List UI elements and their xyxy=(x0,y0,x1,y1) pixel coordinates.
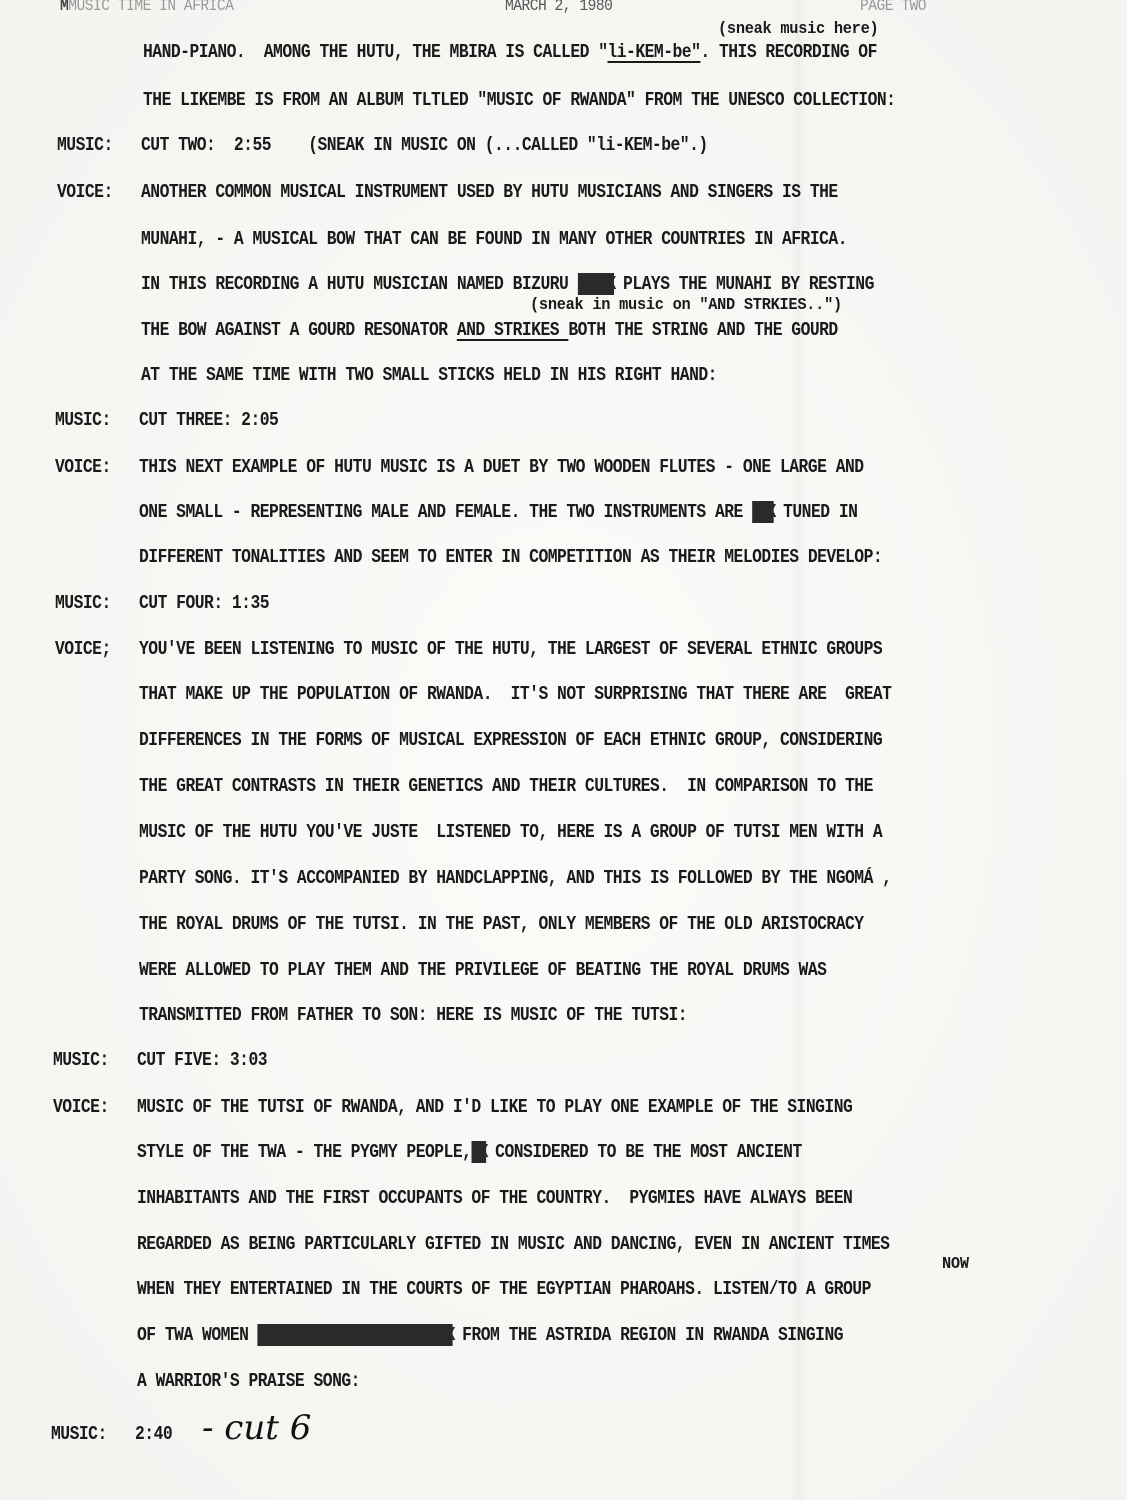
script-line: DIFFERENCES IN THE FORMS OF MUSICAL EXPR… xyxy=(139,729,882,751)
script-line: THE BOW AGAINST A GOURD RESONATOR AND ST… xyxy=(141,319,838,341)
header-program: MMUSIC TIME IN AFRICA xyxy=(60,0,233,18)
cue-label-voice: VOICE: xyxy=(57,181,113,203)
script-line: PARTY SONG. IT'S ACCOMPANIED BY HANDCLAP… xyxy=(139,867,891,889)
script-line: DIFFERENT TONALITIES AND SEEM TO ENTER I… xyxy=(139,546,882,568)
annotation-sneak-music-here: (sneak music here) xyxy=(718,20,878,39)
script-line: ONE SMALL - REPRESENTING MALE AND FEMALE… xyxy=(139,501,857,523)
script-line: AT THE SAME TIME WITH TWO SMALL STICKS H… xyxy=(141,364,717,386)
header-page: PAGE TWO xyxy=(860,0,926,18)
script-line: CUT FOUR: 1:35 xyxy=(139,592,269,614)
script-line: OF TWA WOMEN XXXXXXXXXXXXXXXXXXXXXXXXXXX… xyxy=(137,1324,843,1346)
header-date: MARCH 2, 1980 xyxy=(505,0,612,18)
document-page: MMUSIC TIME IN AFRICA MARCH 2, 1980 PAGE… xyxy=(0,0,1127,1500)
script-line: MUSIC OF THE TUTSI OF RWANDA, AND I'D LI… xyxy=(137,1096,852,1118)
script-line: INHABITANTS AND THE FIRST OCCUPANTS OF T… xyxy=(137,1187,852,1209)
script-line: CUT TWO: 2:55 (SNEAK IN MUSIC ON (...CAL… xyxy=(141,134,708,156)
script-line: CUT THREE: 2:05 xyxy=(139,409,278,431)
script-line: THE GREAT CONTRASTS IN THEIR GENETICS AN… xyxy=(139,775,873,797)
cue-label-music: MUSIC: xyxy=(51,1423,107,1445)
script-line: THAT MAKE UP THE POPULATION OF RWANDA. I… xyxy=(139,683,891,705)
annotation-now: NOW xyxy=(942,1255,969,1274)
script-line: WERE ALLOWED TO PLAY THEM AND THE PRIVIL… xyxy=(139,959,826,981)
handwritten-note: - cut 6 xyxy=(202,1408,311,1448)
script-line: MUSIC OF THE HUTU YOU'VE JUSTE LISTENED … xyxy=(139,821,882,843)
script-line: THIS NEXT EXAMPLE OF HUTU MUSIC IS A DUE… xyxy=(139,456,864,478)
script-line: YOU'VE BEEN LISTENING TO MUSIC OF THE HU… xyxy=(139,638,882,660)
script-line: 2:40 xyxy=(135,1423,172,1445)
script-line: A WARRIOR'S PRAISE SONG: xyxy=(137,1370,360,1392)
script-line: CUT FIVE: 3:03 xyxy=(137,1049,267,1071)
cue-label-voice: VOICE; xyxy=(55,638,111,660)
script-line: ANOTHER COMMON MUSICAL INSTRUMENT USED B… xyxy=(141,181,838,203)
script-line: THE ROYAL DRUMS OF THE TUTSI. IN THE PAS… xyxy=(139,913,864,935)
script-line: HAND-PIANO. AMONG THE HUTU, THE MBIRA IS… xyxy=(143,41,877,63)
cue-label-music: MUSIC: xyxy=(55,592,111,614)
script-line: REGARDED AS BEING PARTICULARLY GIFTED IN… xyxy=(137,1233,889,1255)
script-line: WHEN THEY ENTERTAINED IN THE COURTS OF T… xyxy=(137,1278,871,1300)
script-line: TRANSMITTED FROM FATHER TO SON: HERE IS … xyxy=(139,1004,687,1026)
annotation-sneak-in-music-on: (sneak in music on "AND STRKIES..") xyxy=(530,296,842,315)
cue-label-music: MUSIC: xyxy=(55,409,111,431)
script-line: IN THIS RECORDING A HUTU MUSICIAN NAMED … xyxy=(141,273,874,295)
cue-label-voice: VOICE: xyxy=(55,456,111,478)
cue-label-music: MUSIC: xyxy=(57,134,113,156)
cue-label-music: MUSIC: xyxy=(53,1049,109,1071)
script-line: THE LIKEMBE IS FROM AN ALBUM TLTLED "MUS… xyxy=(143,89,895,111)
script-line: STYLE OF THE TWA - THE PYGMY PEOPLE,XX C… xyxy=(137,1141,802,1163)
cue-label-voice: VOICE: xyxy=(53,1096,109,1118)
script-line: MUNAHI, - A MUSICAL BOW THAT CAN BE FOUN… xyxy=(141,228,847,250)
